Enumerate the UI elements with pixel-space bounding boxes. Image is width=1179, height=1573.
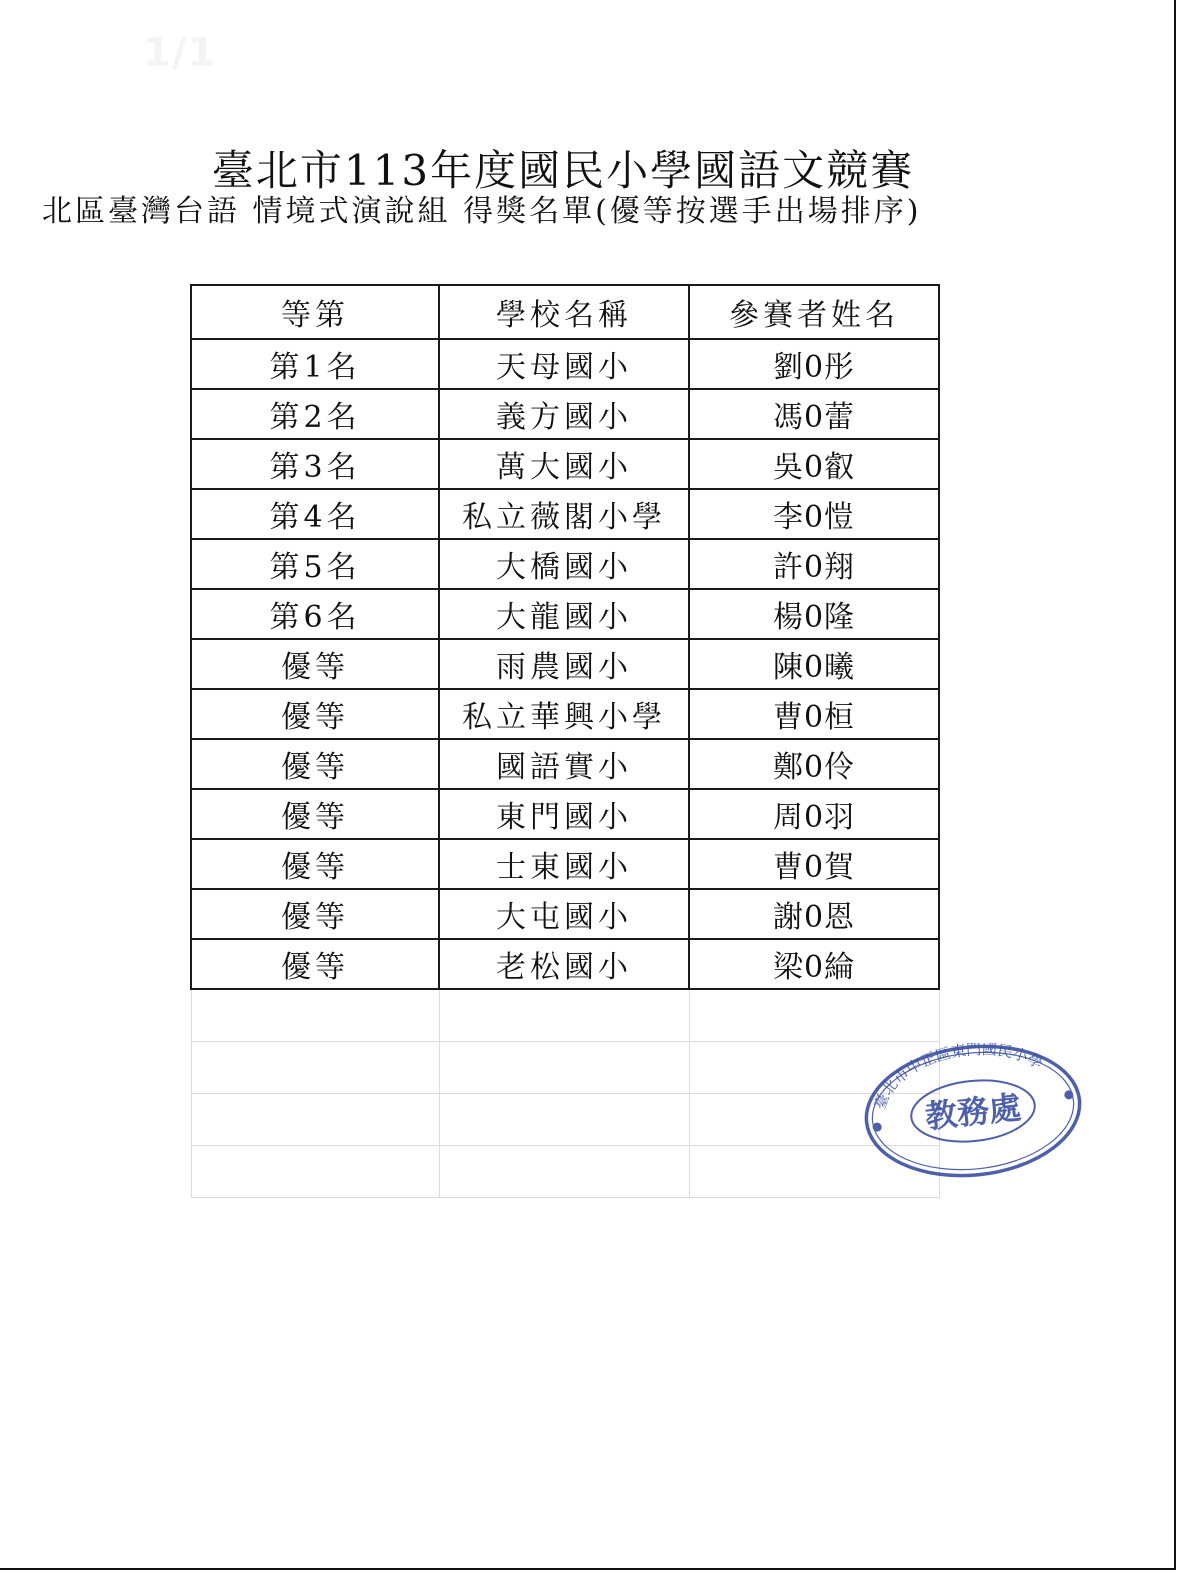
rank-cell: 第2名	[191, 389, 439, 439]
table-header-row: 等第 學校名稱 參賽者姓名	[191, 285, 939, 339]
rank-cell: 第4名	[191, 489, 439, 539]
table-row: 優等 私立華興小學 曹0桓	[191, 689, 939, 739]
header-rank: 等第	[191, 285, 439, 339]
table-row: 第6名 大龍國小 楊0隆	[191, 589, 939, 639]
participant-name-cell: 周0羽	[689, 789, 939, 839]
participant-name-cell: 馮0蕾	[689, 389, 939, 439]
school-cell: 大龍國小	[439, 589, 689, 639]
school-cell: 雨農國小	[439, 639, 689, 689]
page-indicator: 1/1	[143, 30, 216, 76]
empty-cell	[439, 1145, 689, 1197]
table-row: 第1名 天母國小 劉0彤	[191, 339, 939, 389]
participant-name-cell: 鄭0伶	[689, 739, 939, 789]
table-row: 優等 國語實小 鄭0伶	[191, 739, 939, 789]
school-cell: 東門國小	[439, 789, 689, 839]
school-cell: 士東國小	[439, 839, 689, 889]
empty-cell	[689, 989, 939, 1041]
rank-cell: 優等	[191, 689, 439, 739]
school-cell: 大橋國小	[439, 539, 689, 589]
school-cell: 大屯國小	[439, 889, 689, 939]
header-school: 學校名稱	[439, 285, 689, 339]
school-cell: 天母國小	[439, 339, 689, 389]
rank-cell: 優等	[191, 739, 439, 789]
empty-cell	[191, 1093, 439, 1145]
awards-table: 等第 學校名稱 參賽者姓名 第1名 天母國小 劉0彤 第2名 義方國小 馮0蕾 …	[190, 284, 940, 1198]
empty-table-row	[191, 1145, 939, 1197]
empty-cell	[439, 989, 689, 1041]
rank-cell: 第6名	[191, 589, 439, 639]
participant-name-cell: 楊0隆	[689, 589, 939, 639]
rank-cell: 優等	[191, 639, 439, 689]
empty-cell	[191, 1041, 439, 1093]
participant-name-cell: 李0愷	[689, 489, 939, 539]
participant-name-cell: 謝0恩	[689, 889, 939, 939]
rank-cell: 優等	[191, 789, 439, 839]
participant-name-cell: 吳0叡	[689, 439, 939, 489]
table-row: 優等 東門國小 周0羽	[191, 789, 939, 839]
rank-cell: 優等	[191, 889, 439, 939]
table-row: 第2名 義方國小 馮0蕾	[191, 389, 939, 439]
empty-cell	[439, 1041, 689, 1093]
rank-cell: 第1名	[191, 339, 439, 389]
school-cell: 私立薇閣小學	[439, 489, 689, 539]
empty-cell	[439, 1093, 689, 1145]
participant-name-cell: 曹0桓	[689, 689, 939, 739]
rank-cell: 優等	[191, 939, 439, 989]
table-row: 優等 士東國小 曹0賀	[191, 839, 939, 889]
school-cell: 萬大國小	[439, 439, 689, 489]
school-cell: 私立華興小學	[439, 689, 689, 739]
rank-cell: 第3名	[191, 439, 439, 489]
participant-name-cell: 劉0彤	[689, 339, 939, 389]
empty-table-row	[191, 1093, 939, 1145]
table-row: 第3名 萬大國小 吳0叡	[191, 439, 939, 489]
table-row: 優等 老松國小 梁0綸	[191, 939, 939, 989]
document-subtitle: 北區臺灣台語 情境式演說組 得獎名單(優等按選手出場排序)	[42, 190, 921, 234]
school-cell: 國語實小	[439, 739, 689, 789]
rank-cell: 優等	[191, 839, 439, 889]
participant-name-cell: 許0翔	[689, 539, 939, 589]
school-cell: 老松國小	[439, 939, 689, 989]
empty-table-row	[191, 989, 939, 1041]
seal-center-text: 教務處	[923, 1088, 1022, 1136]
empty-table-row	[191, 1041, 939, 1093]
empty-cell	[191, 1145, 439, 1197]
table-row: 優等 雨農國小 陳0曦	[191, 639, 939, 689]
table-row: 第5名 大橋國小 許0翔	[191, 539, 939, 589]
participant-name-cell: 陳0曦	[689, 639, 939, 689]
school-cell: 義方國小	[439, 389, 689, 439]
empty-cell	[191, 989, 439, 1041]
participant-name-cell: 梁0綸	[689, 939, 939, 989]
table-row: 優等 大屯國小 謝0恩	[191, 889, 939, 939]
header-participant-name: 參賽者姓名	[689, 285, 939, 339]
rank-cell: 第5名	[191, 539, 439, 589]
table-row: 第4名 私立薇閣小學 李0愷	[191, 489, 939, 539]
participant-name-cell: 曹0賀	[689, 839, 939, 889]
official-seal-icon: 臺北市中正區東門國民小學 教務處	[862, 1043, 1084, 1179]
